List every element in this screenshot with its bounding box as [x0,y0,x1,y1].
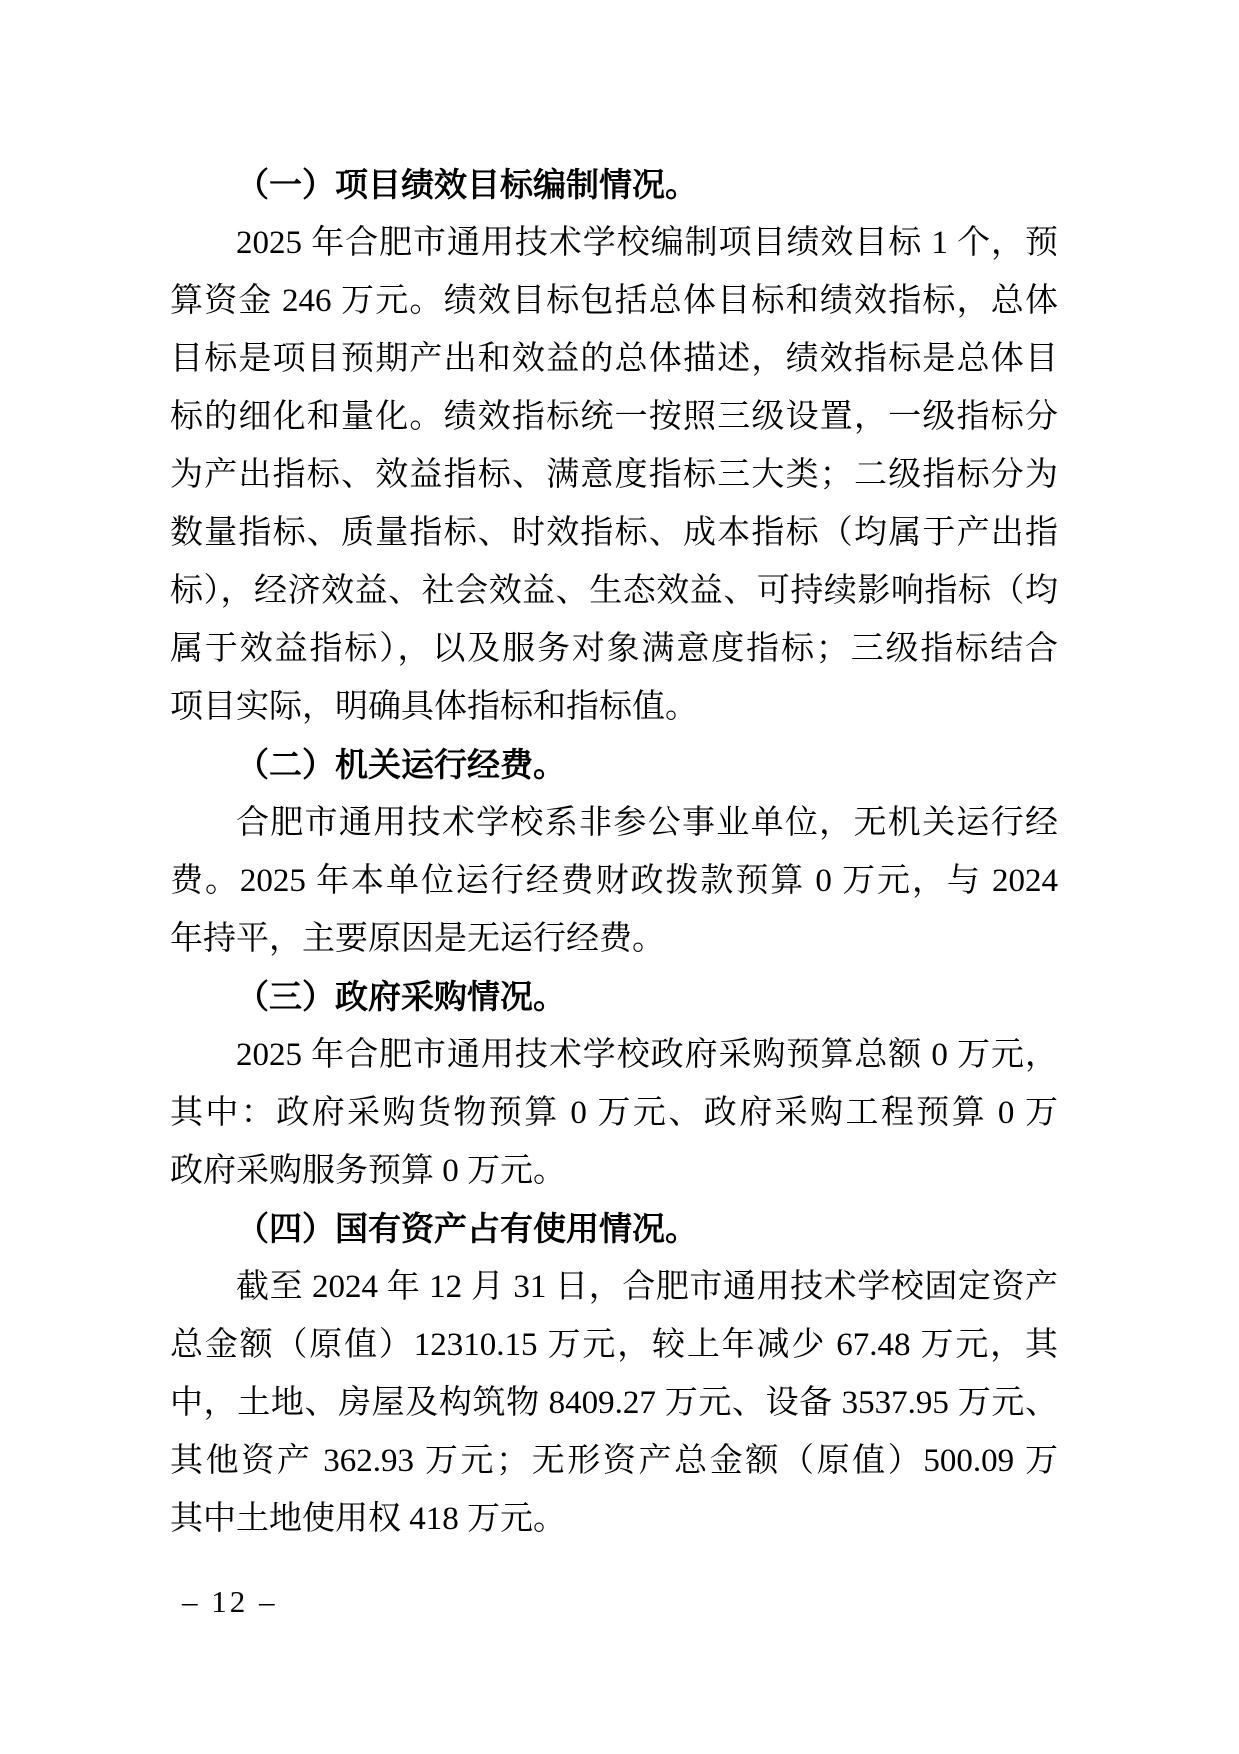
section-project-performance-targets: （一）项目绩效目标编制情况。 2025 年合肥市通用技术学校编制项目绩效目标 1… [170,156,1058,736]
text-line: 数量指标、质量指标、时效指标、成本指标（均属于产出指 [170,504,1058,562]
section-heading: （四）国有资产占有使用情况。 [170,1200,1058,1258]
text-line: 其中土地使用权 418 万元。 [170,1490,1058,1548]
text-line: 项目实际，明确具体指标和指标值。 [170,678,1058,736]
text-line: 中，土地、房屋及构筑物 8409.27 万元、设备 3537.95 万元、 [170,1374,1058,1432]
page-number: – 12 – [182,1582,278,1622]
text-line: 总金额（原值）12310.15 万元，较上年减少 67.48 万元，其 [170,1316,1058,1374]
text-line: 标的细化和量化。绩效指标统一按照三级设置，一级指标分 [170,388,1058,446]
section-heading: （三）政府采购情况。 [170,968,1058,1026]
text-line: 为产出指标、效益指标、满意度指标三大类；二级指标分为 [170,446,1058,504]
section-heading: （一）项目绩效目标编制情况。 [170,156,1058,214]
text-line: 合肥市通用技术学校系非参公事业单位，无机关运行经 [170,794,1058,852]
text-line: 年持平，主要原因是无运行经费。 [170,910,1058,968]
text-line: 其中：政府采购货物预算 0 万元、政府采购工程预算 0 万元、 [170,1084,1058,1142]
text-line: 标），经济效益、社会效益、生态效益、可持续影响指标（均 [170,562,1058,620]
text-line: 目标是项目预期产出和效益的总体描述，绩效指标是总体目 [170,330,1058,388]
text-line: 截至 2024 年 12 月 31 日，合肥市通用技术学校固定资产 [170,1258,1058,1316]
document-page: （一）项目绩效目标编制情况。 2025 年合肥市通用技术学校编制项目绩效目标 1… [0,0,1239,1754]
text-line: 费。2025 年本单位运行经费财政拨款预算 0 万元，与 2024 [170,852,1058,910]
text-line: 其他资产 362.93 万元；无形资产总金额（原值）500.09 万元， [170,1432,1058,1490]
text-line: 2025 年合肥市通用技术学校编制项目绩效目标 1 个，预 [170,214,1058,272]
section-government-procurement: （三）政府采购情况。 2025 年合肥市通用技术学校政府采购预算总额 0 万元，… [170,968,1058,1200]
section-state-owned-assets: （四）国有资产占有使用情况。 截至 2024 年 12 月 31 日，合肥市通用… [170,1200,1058,1548]
text-line: 属于效益指标），以及服务对象满意度指标；三级指标结合 [170,620,1058,678]
document-body: （一）项目绩效目标编制情况。 2025 年合肥市通用技术学校编制项目绩效目标 1… [170,156,1058,1548]
text-line: 2025 年合肥市通用技术学校政府采购预算总额 0 万元， [170,1026,1058,1084]
section-agency-operating-expenses: （二）机关运行经费。 合肥市通用技术学校系非参公事业单位，无机关运行经 费。20… [170,736,1058,968]
text-line: 政府采购服务预算 0 万元。 [170,1142,1058,1200]
text-line: 算资金 246 万元。绩效目标包括总体目标和绩效指标，总体 [170,272,1058,330]
section-heading: （二）机关运行经费。 [170,736,1058,794]
